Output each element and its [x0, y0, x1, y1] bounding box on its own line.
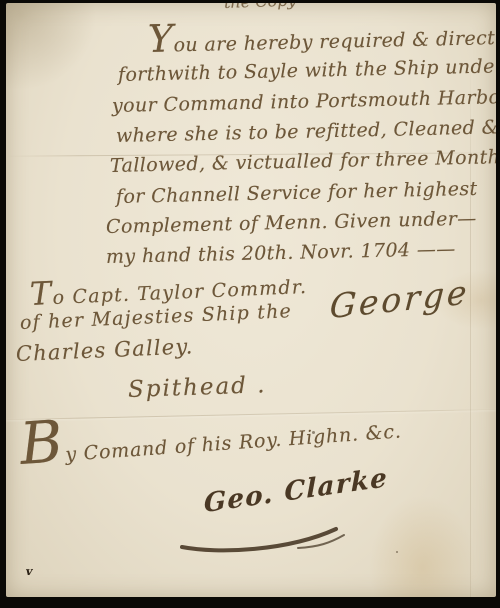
manuscript-page: the Copy You are hereby required & direc…	[6, 3, 496, 597]
body-line-3: your Command into Portsmouth Harbour—	[112, 85, 496, 117]
address-line-location: Spithead .	[128, 372, 267, 403]
ink-speck	[396, 551, 398, 553]
body-line-8: my hand this 20th. Novr. 1704 ——	[106, 238, 456, 268]
royal-signature: George	[329, 272, 471, 326]
check-mark: v	[25, 565, 34, 578]
top-edge-fragment: the Copy	[224, 3, 297, 12]
body-line-4: where she is to be refitted, Cleaned &	[116, 116, 496, 147]
secretary-signature: Geo. Clarke	[204, 463, 388, 519]
body-line-1: You are hereby required & directed	[148, 19, 496, 57]
body-line-7: Complement of Menn. Given under—	[106, 208, 477, 238]
body-line-5: Tallowed, & victualled for three Months	[110, 146, 496, 177]
signature-flourish-underline	[178, 521, 358, 555]
body-line-6: for Channell Service for her highest	[116, 178, 478, 208]
address-line-ship-name: Charles Galley.	[15, 334, 194, 366]
closing-line: By Comand of his Roy. Highn. &c.	[18, 394, 402, 468]
body-line-2: forthwith to Sayle with the Ship under—	[118, 55, 496, 86]
fold-crease-vertical	[470, 59, 471, 597]
